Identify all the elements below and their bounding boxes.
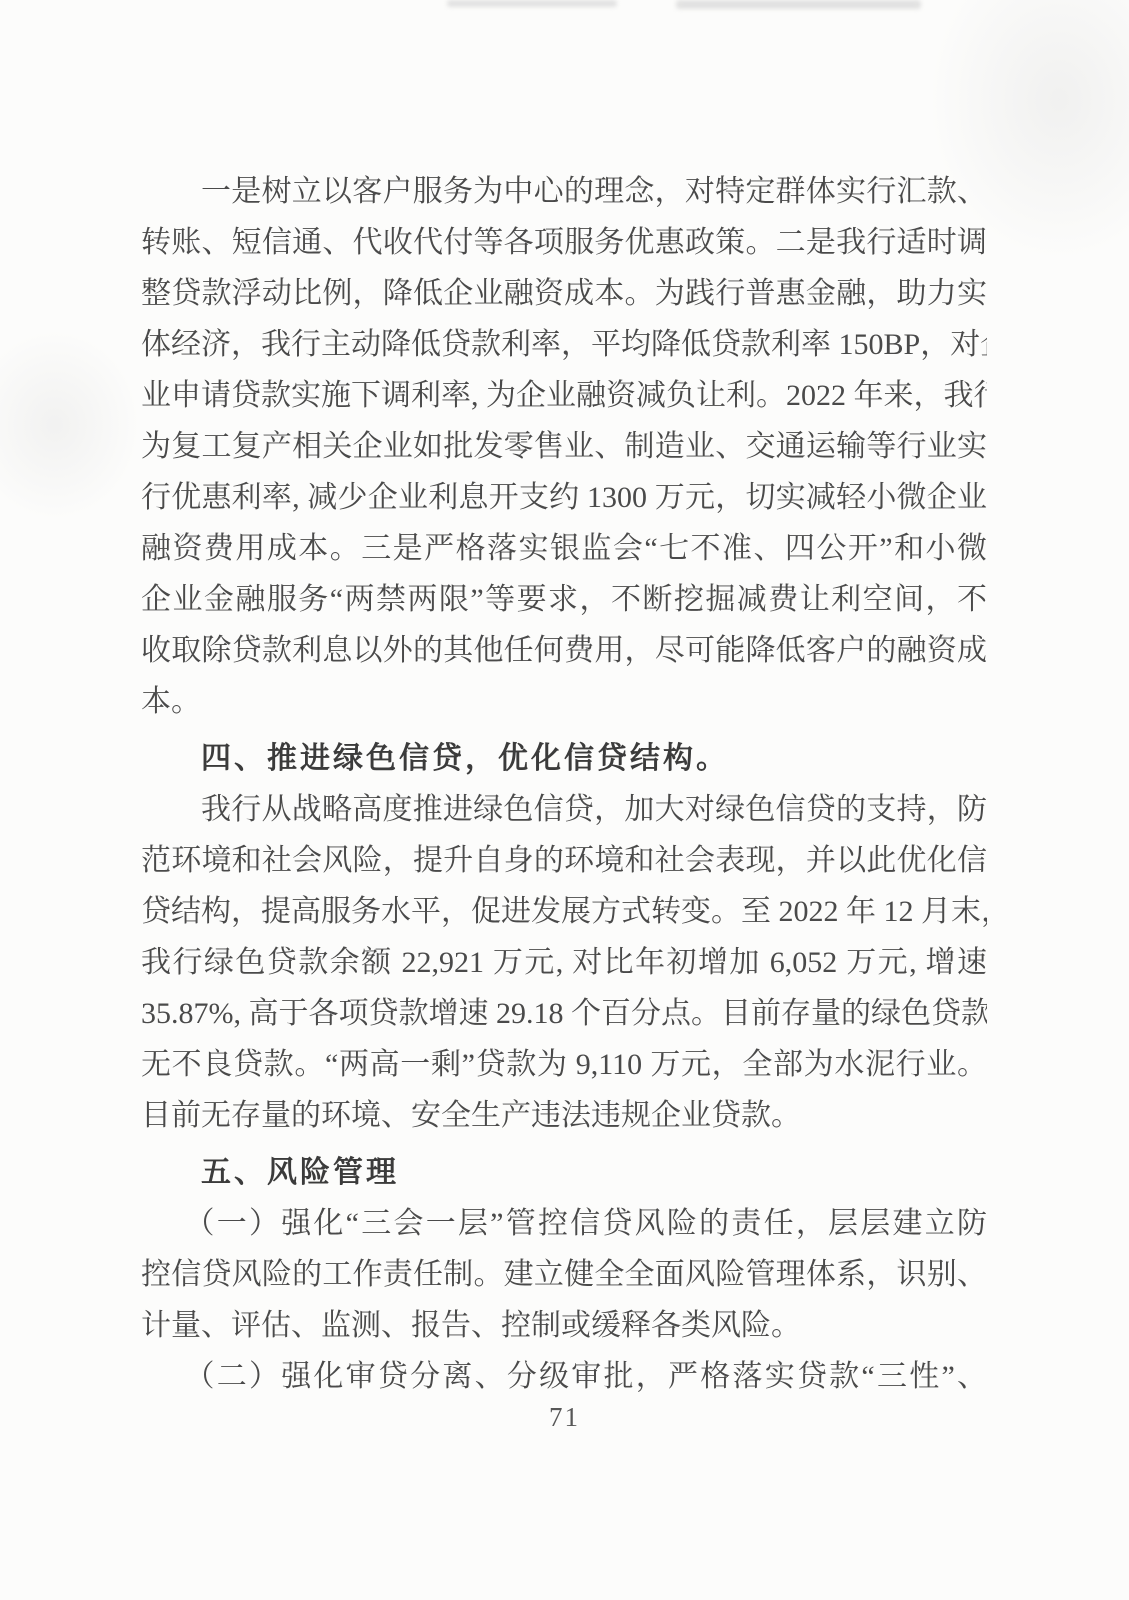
text-line: 控信贷风险的工作责任制。建立健全全面风险管理体系，识别、 [141,1249,987,1300]
text-line: 一是树立以客户服务为中心的理念，对特定群体实行汇款、 [141,166,987,217]
text-line: 无不良贷款。“两高一剩”贷款为 9,110 万元，全部为水泥行业。 [141,1039,987,1090]
section-heading-green-credit: 四、推进绿色信贷，优化信贷结构。 [141,733,987,784]
text-line: 体经济，我行主动降低贷款利率，平均降低贷款利率 150BP，对企 [141,319,987,370]
section-heading-risk-management: 五、风险管理 [141,1147,987,1198]
text-line: 我行从战略高度推进绿色信贷，加大对绿色信贷的支持，防 [141,784,987,835]
text-line: 企业金融服务“两禁两限”等要求，不断挖掘减费让利空间，不 [141,574,987,625]
scan-artifact-left-margin [0,330,140,520]
text-line: 收取除贷款利息以外的其他任何费用，尽可能降低客户的融资成 [141,625,987,676]
text-line: 本。 [141,676,987,727]
body-text: 一是树立以客户服务为中心的理念，对特定群体实行汇款、 转账、短信通、代收代付等各… [141,166,987,1402]
page-number: 71 [0,1402,1129,1433]
text-line: 贷结构，提高服务水平，促进发展方式转变。至 2022 年 12 月末， [141,886,987,937]
text-line: 计量、评估、监测、报告、控制或缓释各类风险。 [141,1300,987,1351]
text-line: 为复工复产相关企业如批发零售业、制造业、交通运输等行业实 [141,421,987,472]
text-line: 业申请贷款实施下调利率, 为企业融资减负让利。2022 年来，我行 [141,370,987,421]
document-page: 一是树立以客户服务为中心的理念，对特定群体实行汇款、 转账、短信通、代收代付等各… [0,0,1129,1600]
scan-artifact-top-right [676,0,921,9]
text-line: 融资费用成本。三是严格落实银监会“七不准、四公开”和小微 [141,523,987,574]
text-line: 转账、短信通、代收代付等各项服务优惠政策。二是我行适时调 [141,217,987,268]
text-line: 我行绿色贷款余额 22,921 万元, 对比年初增加 6,052 万元, 增速 [141,937,987,988]
text-line: 35.87%, 高于各项贷款增速 29.18 个百分点。目前存量的绿色贷款 [141,988,987,1039]
text-line: 目前无存量的环境、安全生产违法违规企业贷款。 [141,1090,987,1141]
text-line: 整贷款浮动比例，降低企业融资成本。为践行普惠金融，助力实 [141,268,987,319]
text-line: （一）强化“三会一层”管控信贷风险的责任，层层建立防 [141,1198,987,1249]
text-line: （二）强化审贷分离、分级审批，严格落实贷款“三性”、 [141,1351,987,1402]
text-line: 行优惠利率, 减少企业利息开支约 1300 万元，切实减轻小微企业 [141,472,987,523]
scan-artifact-top-left [447,0,617,7]
text-line: 范环境和社会风险，提升自身的环境和社会表现，并以此优化信 [141,835,987,886]
